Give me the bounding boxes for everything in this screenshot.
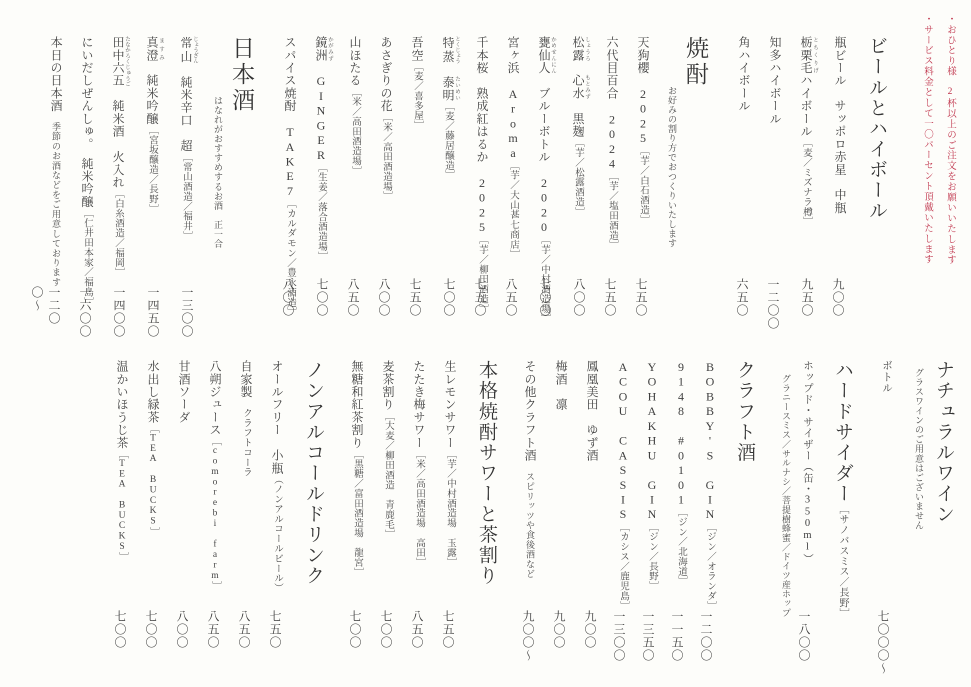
menu-item: 田中六五たなかろくじゅうご 純米酒 火入れ［白糸酒造／福岡］一四〇〇	[110, 36, 130, 342]
item-name: 瓶ビール サッポロ赤星 中瓶	[833, 36, 847, 214]
menu-item: 甘酒ソーダ八〇〇	[176, 360, 193, 682]
section-non-alcohol: ノンアルコールドリンク オールフリー 小瓶（ノンアルコールビール）七五〇 自家製…	[114, 352, 327, 682]
menu-item: 自家製 クラフトコーラ八五〇	[238, 360, 255, 682]
item-name: 田中六五たなかろくじゅうご 純米酒 火入れ	[111, 36, 125, 189]
menu-item: 八朔ジュース［comorebi farm］八五〇	[207, 360, 224, 682]
section-heading: 日本酒 はなれがおすすめするお酒 正一合	[212, 36, 258, 342]
section-title: ノンアルコールドリンク	[300, 360, 327, 682]
menu-item: 無糖和紅茶割り［黒糖／富田酒造場 龍宮］七〇〇	[349, 360, 366, 682]
menu-item: スパイス焼酎 TAKE7［カルダモン／豊永酒造］八〇〇	[282, 36, 299, 342]
item-name: YOHAKHU GIN	[645, 360, 659, 522]
menu-item: 千本桜 熟成紅はるか 2025［芋／柳田酒造］七五〇	[474, 36, 491, 342]
item-price: 七五〇	[267, 610, 284, 649]
item-price: 七〇〇	[441, 278, 458, 317]
item-note: 季節のお酒などをご用意しております	[50, 122, 63, 287]
item-detail: ［芋／中村酒造場 玉露］	[445, 449, 455, 568]
menu-item: 特蒸とくじょう 泰明たいめい［麦／藤居醸造］七〇〇	[440, 36, 460, 342]
service-notice: ・おひとり様 2杯以上のご注文をお願いいたします ・サービス料金として一〇パーセ…	[920, 10, 957, 342]
item-price: 八〇〇	[280, 278, 297, 317]
item-price: 七五〇	[440, 610, 457, 649]
item-name: 温かいほうじ茶	[115, 360, 129, 449]
item-price: 一一五〇	[669, 610, 686, 662]
item-detail: ［米／高田酒造場］	[381, 112, 391, 201]
menu-item: 水出し緑茶［TEA BUCKS］七〇〇	[145, 360, 162, 682]
item-name: 角ハイボール	[737, 36, 751, 112]
menu-item: にいだしぜんしゅ。 純米吟醸［仁井田本家／福島］一六〇〇	[79, 36, 96, 342]
item-name: 天狗櫻 2025	[636, 36, 650, 146]
item-name: 特蒸とくじょう 泰明たいめい	[441, 36, 455, 101]
item-name: 鏡洲かがみず GINGER	[314, 36, 328, 163]
item-price: 一三五〇	[640, 610, 657, 662]
section-hard-cider: ハードサイダー［サノバスミス／長野］ ホップド・サイザー（缶・350ml） グラ…	[780, 352, 856, 682]
item-detail: ［米／高田酒造場 高田］	[414, 449, 424, 568]
item-price: 八〇〇	[376, 278, 393, 317]
item-detail: ［白糸酒造／福岡］	[113, 189, 123, 278]
item-detail: ［ジン／北海道］	[676, 507, 686, 586]
item-price: 一四〇〇	[111, 286, 128, 338]
item-name: 甘酒ソーダ	[177, 360, 191, 424]
item-price: 八五〇	[409, 610, 426, 649]
item-name: 松露しょうろ 心水もとみず 黒麹	[571, 36, 585, 138]
item-note: グラニースミス／サルナシ／菩提樹蜂蜜／ドイツ産ホップ	[780, 360, 793, 682]
item-name: その他クラフト酒	[523, 360, 537, 462]
item-price: 九〇〇	[582, 610, 599, 649]
item-price: 一六〇〇	[77, 286, 94, 338]
menu-item: 吾空［麦／喜多屋］七五〇	[409, 36, 426, 342]
menu-item: オールフリー 小瓶（ノンアルコールビール）七五〇	[269, 360, 286, 682]
item-price: 七五〇	[472, 278, 489, 317]
section-title: クラフト酒	[731, 360, 758, 682]
menu-item: 9148 #0101［ジン／北海道］一一五〇	[673, 360, 688, 682]
section-natural-wine: ナチュラルワイングラスワインのご用意はございません ボトル七〇〇〇〜	[878, 352, 957, 682]
menu-item: 松露しょうろ 心水もとみず 黒麹［芋／松露酒造］八〇〇	[570, 36, 590, 342]
menu-item: 宮ヶ浜 Aroma［芋／大山甚七商店］八五〇	[505, 36, 522, 342]
item-name: 水出し緑茶	[146, 360, 160, 424]
menu-item: BOBBY'S GIN［ジン／オランダ］一二〇〇	[702, 360, 717, 682]
item-detail: ［芋／大山甚七商店］	[508, 160, 518, 259]
menu-bottom-band: ナチュラルワイングラスワインのご用意はございません ボトル七〇〇〇〜 ハードサイ…	[10, 352, 957, 682]
item-price: 一三〇〇	[179, 286, 196, 338]
item-price: 七五〇	[602, 278, 619, 317]
item-price: 七〇〇	[314, 278, 331, 317]
item-name: 9148 #0101	[674, 360, 688, 507]
section-heading: ハードサイダー［サノバスミス／長野］	[829, 360, 856, 682]
section-title: 日本酒	[225, 36, 258, 342]
menu-item: 生レモンサワー［芋／中村酒造場 玉露］七五〇	[442, 360, 459, 682]
item-price: 七〇〇	[537, 278, 554, 317]
item-price: 八五〇	[236, 610, 253, 649]
item-name: ホップド・サイザー（缶・350ml）	[802, 360, 813, 564]
section-title-detail: ［サノバスミス／長野］	[835, 504, 850, 618]
menu-item: ボトル七〇〇〇〜	[878, 360, 894, 682]
notice-line: ・おひとり様 2杯以上のご注文をお願いいたします	[943, 14, 957, 342]
item-price: 九〇〇	[551, 610, 568, 649]
item-name: 無糖和紅茶割り	[350, 360, 364, 449]
item-name: ボトル	[881, 360, 892, 394]
menu-item: あさぎりの花［米／高田酒造場］八〇〇	[378, 36, 395, 342]
item-name: たたき梅サワー	[412, 360, 426, 449]
section-heading: 焼酎 お好みの割り方でおつくりいたします	[666, 36, 712, 342]
item-detail: （ノンアルコールビール）	[272, 474, 282, 593]
item-price: 九五〇	[799, 278, 816, 317]
item-detail: ［芋／塩田酒造］	[607, 171, 617, 250]
section-heading: ナチュラルワイングラスワインのご用意はございません	[908, 360, 957, 682]
menu-item: 瓶ビール サッポロ赤星 中瓶九〇〇	[832, 36, 849, 342]
menu-item: たたき梅サワー［米／高田酒造場 高田］八五〇	[411, 360, 428, 682]
menu-item: 温かいほうじ茶［TEA BUCKS］七〇〇	[114, 360, 131, 682]
menu-item: 知多ハイボール一二〇〇	[767, 36, 784, 342]
item-name: 山ほたる	[348, 36, 362, 87]
section-heading: ビールとハイボール	[863, 36, 890, 342]
section-shochu-sour-tea: 本格焼酎サワーと茶割り 生レモンサワー［芋／中村酒造場 玉露］七五〇 たたき梅サ…	[349, 352, 500, 682]
section-heading: ノンアルコールドリンク	[300, 360, 327, 682]
item-detail: ［ジン／長野］	[647, 522, 657, 591]
item-price: 一三〇〇	[611, 610, 628, 662]
item-detail: ［comorebi farm］	[210, 436, 220, 591]
item-name: BOBBY'S GIN	[703, 360, 717, 522]
item-detail: ［米／高田酒造場］	[350, 87, 360, 176]
item-name: 六代目百合 2024	[605, 36, 619, 171]
menu-item: その他クラフト酒スピリッツや食後酒など九〇〇〜	[522, 360, 539, 682]
item-price: 七〇〇	[378, 610, 395, 649]
menu-item: 山ほたる［米／高田酒造場］八五〇	[347, 36, 364, 342]
item-price: 七〇〇	[347, 610, 364, 649]
section-beer-highball: ビールとハイボール 瓶ビール サッポロ赤星 中瓶九〇〇 栃栗毛とちくりげハイボー…	[736, 10, 890, 342]
menu-item: 天狗櫻 2025［芋／白石酒造］七五〇	[635, 36, 652, 342]
section-sake: 日本酒 はなれがおすすめするお酒 正一合 常山じょうざん 純米辛口 超［常山酒造…	[48, 10, 258, 342]
drink-menu-page: ・おひとり様 2杯以上のご注文をお願いいたします ・サービス料金として一〇パーセ…	[0, 0, 971, 687]
section-title: ナチュラルワイングラスワインのご用意はございません	[908, 360, 957, 682]
item-price: 八五〇	[345, 278, 362, 317]
menu-item: 六代目百合 2024［芋／塩田酒造］七五〇	[604, 36, 621, 342]
item-name: 吾空	[410, 36, 424, 61]
section-heading: クラフト酒	[731, 360, 758, 682]
section-subtitle: グラスワインのご用意はございません	[913, 368, 926, 530]
item-name: 自家製	[239, 360, 253, 398]
item-name: オールフリー 小瓶	[270, 360, 284, 474]
item-detail: ［カシス／鹿児島］	[618, 522, 628, 611]
item-detail: ［麦／ミズナラ樽］	[801, 138, 811, 227]
item-price: 七五〇	[407, 278, 424, 317]
item-price: 一二〇〇〜	[29, 286, 63, 342]
item-name: 甕仙人かめせんにん ブルーボトル 2020	[537, 36, 551, 235]
item-name: 宮ヶ浜 Aroma	[506, 36, 520, 160]
item-detail: ［ジン／オランダ］	[705, 522, 715, 611]
menu-item: 梅酒 凛九〇〇	[553, 360, 570, 682]
menu-item: 常山じょうざん 純米辛口 超［常山酒造／福井］一三〇〇	[178, 36, 198, 342]
section-title: ビールとハイボール	[863, 36, 890, 342]
item-detail: ［TEA BUCKS］	[148, 424, 158, 537]
item-price: 九〇〇	[830, 278, 847, 317]
item-name: ACOU CASSIS	[616, 360, 630, 522]
item-detail: ［芋／白石酒造］	[638, 146, 648, 225]
item-price: 八〇〇	[174, 610, 191, 649]
item-note: スピリッツや食後酒など	[524, 472, 537, 579]
section-subtitle: お好みの割り方でおつくりいたします	[666, 36, 679, 342]
item-detail: ［常山酒造／福井］	[181, 152, 191, 241]
item-price: 一八〇〇	[796, 610, 813, 662]
menu-item: YOHAKHU GIN［ジン／長野］一三五〇	[644, 360, 659, 682]
section-title: ハードサイダー［サノバスミス／長野］	[829, 360, 856, 682]
item-detail: ［麦／藤居醸造］	[443, 101, 453, 180]
item-name: 常山じょうざん 純米辛口 超	[179, 36, 193, 152]
item-name: あさぎりの花	[379, 36, 393, 112]
item-price: 七五〇	[633, 278, 650, 317]
menu-item: ACOU CASSIS［カシス／鹿児島］一三〇〇	[615, 360, 630, 682]
item-detail: ［大麦／柳田酒造 青鹿毛］	[383, 411, 393, 539]
menu-item: 麦茶割り［大麦／柳田酒造 青鹿毛］七〇〇	[380, 360, 397, 682]
item-price: 八五〇	[205, 610, 222, 649]
item-price: 一四五〇	[145, 286, 162, 338]
menu-item: ホップド・サイザー（缶・350ml） グラニースミス／サルナシ／菩提樹蜂蜜／ドイ…	[780, 360, 815, 682]
menu-item: 角ハイボール六五〇	[736, 36, 753, 342]
item-name: 真澄ますみ 純米吟醸	[145, 36, 159, 125]
item-name: 鳳凰美田 ゆず酒	[585, 360, 599, 462]
section-craft-sake: クラフト酒 BOBBY'S GIN［ジン／オランダ］一二〇〇 9148 #010…	[522, 352, 758, 682]
item-detail: ［宮坂醸造／長野］	[147, 125, 157, 214]
section-title: 本格焼酎サワーと茶割り	[473, 360, 500, 682]
menu-item: 真澄ますみ 純米吟醸［宮坂醸造／長野］一四五〇	[144, 36, 164, 342]
item-detail: ［麦／喜多屋］	[412, 61, 422, 130]
item-name: 栃栗毛とちくりげハイボール	[799, 36, 813, 138]
item-name: 梅酒 凛	[554, 360, 568, 411]
item-price: 八五〇	[503, 278, 520, 317]
item-price: 七〇〇	[143, 610, 160, 649]
item-price: 七〇〇	[112, 610, 129, 649]
item-name: 八朔ジュース	[208, 360, 222, 436]
section-shochu: 焼酎 お好みの割り方でおつくりいたします 天狗櫻 2025［芋／白石酒造］七五〇…	[282, 10, 712, 342]
item-detail: ［TEA BUCKS］	[117, 449, 127, 562]
item-price: 六五〇	[734, 278, 751, 317]
item-detail: ［黒糖／富田酒造場 龍宮］	[352, 449, 362, 577]
item-price: 一二〇〇	[698, 610, 715, 662]
menu-item: 栃栗毛とちくりげハイボール［麦／ミズナラ樽］九五〇	[798, 36, 818, 342]
menu-item: 甕仙人かめせんにん ブルーボトル 2020［芋／中村酒造場］七〇〇	[536, 36, 556, 342]
item-price: 九〇〇〜	[520, 610, 537, 662]
section-title: 焼酎	[679, 36, 712, 342]
menu-item: 鏡洲かがみず GINGER［生姜／落合酒造場］七〇〇	[313, 36, 333, 342]
menu-item: 鳳凰美田 ゆず酒九〇〇	[584, 360, 601, 682]
section-heading: 本格焼酎サワーと茶割り	[473, 360, 500, 682]
item-detail: ［生姜／落合酒造場］	[316, 163, 326, 262]
item-name: 麦茶割り	[381, 360, 395, 411]
section-subtitle: はなれがおすすめするお酒 正一合	[212, 36, 225, 342]
item-name: にいだしぜんしゅ。 純米吟醸	[80, 36, 94, 208]
item-name: 生レモンサワー	[443, 360, 457, 449]
item-name: 知多ハイボール	[768, 36, 782, 125]
item-detail: クラフトコーラ	[241, 398, 251, 477]
item-name: 本日の日本酒	[49, 36, 63, 112]
item-price: 七〇〇〇〜	[875, 610, 892, 675]
item-price: 八〇〇	[571, 278, 588, 317]
item-name: 千本桜 熟成紅はるか 2025	[475, 36, 489, 235]
notice-line: ・サービス料金として一〇パーセント頂戴いたします	[920, 14, 934, 342]
menu-top-band: ・おひとり様 2杯以上のご注文をお願いいたします ・サービス料金として一〇パーセ…	[10, 10, 957, 342]
item-price: 一二〇〇	[765, 278, 782, 330]
item-name: スパイス焼酎 TAKE7	[283, 36, 297, 199]
item-detail: ［芋／松露酒造］	[573, 138, 583, 217]
menu-item: 本日の日本酒季節のお酒などをご用意しております一二〇〇〜	[48, 36, 65, 342]
